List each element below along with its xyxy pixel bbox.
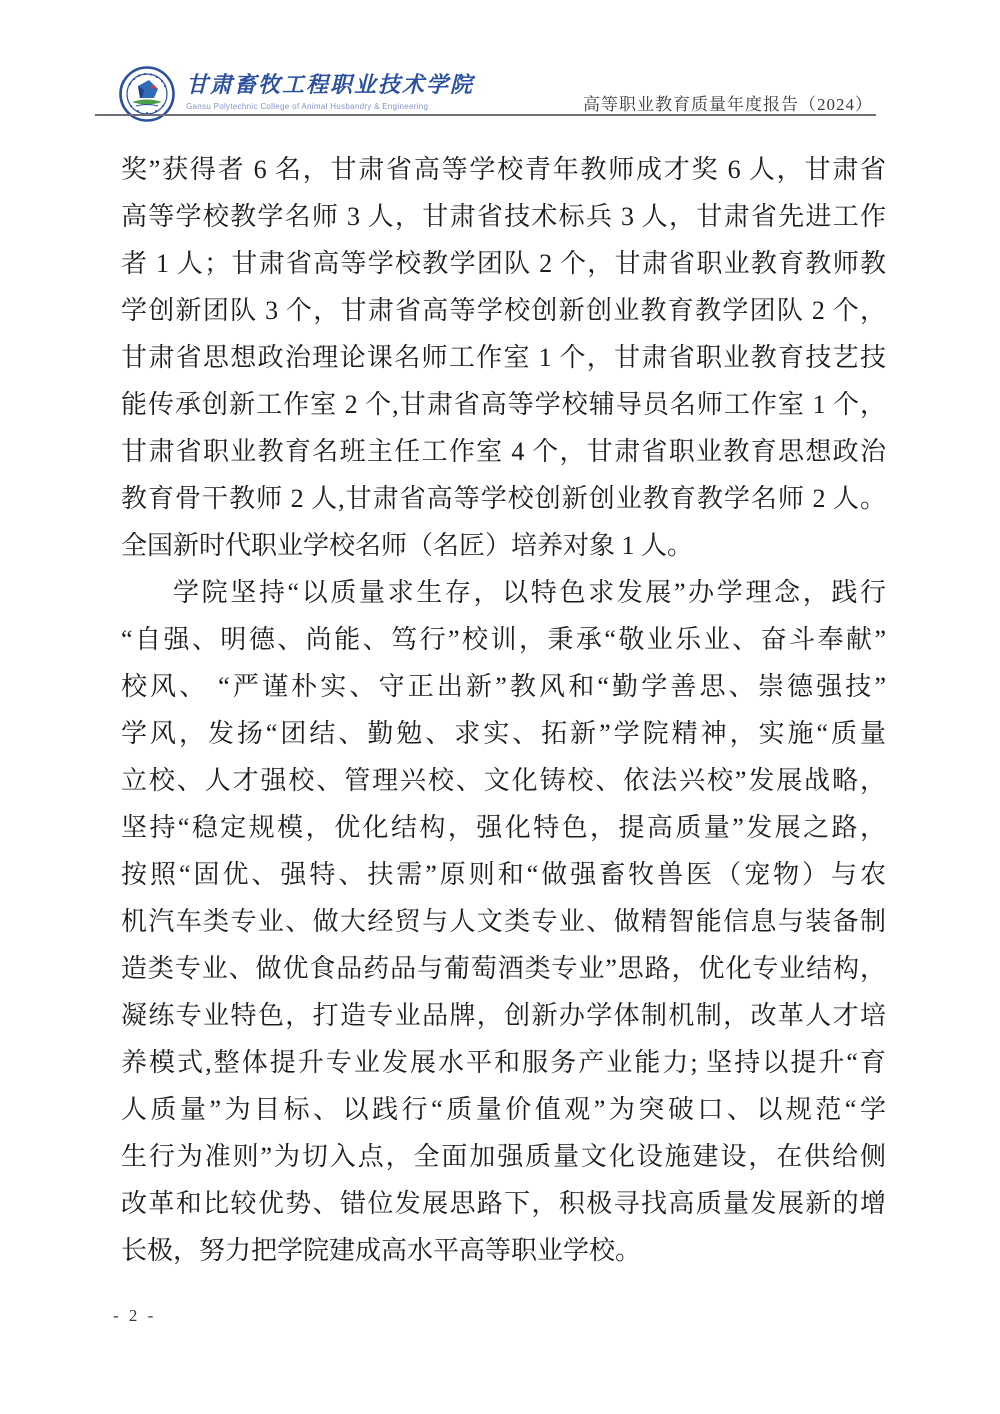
body-line: 生行为准则”为切入点，全面加强质量文化设施建设，在供给侧 [121, 1133, 886, 1180]
body-line: 长极，努力把学院建成高水平高等职业学校。 [121, 1227, 886, 1274]
school-name-block: 甘肃畜牧工程职业技术学院 Gansu Polytechnic College o… [186, 68, 606, 111]
body-line: 坚持“稳定规模，优化结构，强化特色，提高质量”发展之路， [121, 804, 886, 851]
school-name-zh: 甘肃畜牧工程职业技术学院 [186, 68, 606, 99]
page-number: - 2 - [113, 1306, 156, 1326]
school-name-en: Gansu Polytechnic College of Animal Husb… [186, 102, 606, 111]
body-line: 造类专业、做优食品药品与葡萄酒类专业”思路，优化专业结构， [121, 945, 886, 992]
body-line: 立校、人才强校、管理兴校、文化铸校、依法兴校”发展战略， [121, 757, 886, 804]
body-line: 学创新团队 3 个，甘肃省高等学校创新创业教育教学团队 2 个， [121, 287, 886, 334]
body-line: 养模式,整体提升专业发展水平和服务产业能力; 坚持以提升“育 [121, 1039, 886, 1086]
report-title: 高等职业教育质量年度报告（2024） [583, 90, 873, 115]
body-line: “自强、明德、尚能、笃行”校训，秉承“敬业乐业、奋斗奉献” [121, 616, 886, 663]
body-line: 奖”获得者 6 名，甘肃省高等学校青年教师成才奖 6 人，甘肃省 [121, 146, 886, 193]
document-page: 甘肃畜牧工程职业技术学院 Gansu Polytechnic College o… [0, 0, 1000, 1414]
header-divider [95, 114, 876, 116]
body-line: 者 1 人；甘肃省高等学校教学团队 2 个，甘肃省职业教育教师教 [121, 240, 886, 287]
body-line: 高等学校教学名师 3 人，甘肃省技术标兵 3 人，甘肃省先进工作 [121, 193, 886, 240]
body-line: 学院坚持“以质量求生存，以特色求发展”办学理念，践行 [121, 569, 886, 616]
page-header: 甘肃畜牧工程职业技术学院 Gansu Polytechnic College o… [0, 0, 1000, 140]
body-line: 教育骨干教师 2 人,甘肃省高等学校创新创业教育教学名师 2 人。 [121, 475, 886, 522]
body-line: 校风、 “严谨朴实、守正出新”教风和“勤学善思、崇德强技” [121, 663, 886, 710]
body-line: 全国新时代职业学校名师（名匠）培养对象 1 人。 [121, 522, 886, 569]
body-line: 改革和比较优势、错位发展思路下，积极寻找高质量发展新的增 [121, 1180, 886, 1227]
body-line: 按照“固优、强特、扶需”原则和“做强畜牧兽医（宠物）与农 [121, 851, 886, 898]
body-line: 能传承创新工作室 2 个,甘肃省高等学校辅导员名师工作室 1 个， [121, 381, 886, 428]
body-line: 甘肃省思想政治理论课名师工作室 1 个，甘肃省职业教育技艺技 [121, 334, 886, 381]
body-line: 学风，发扬“团结、勤勉、求实、拓新”学院精神，实施“质量 [121, 710, 886, 757]
body-line: 机汽车类专业、做大经贸与人文类专业、做精智能信息与装备制 [121, 898, 886, 945]
body-line: 人质量”为目标、以践行“质量价值观”为突破口、以规范“学 [121, 1086, 886, 1133]
document-body: 奖”获得者 6 名，甘肃省高等学校青年教师成才奖 6 人，甘肃省 高等学校教学名… [121, 146, 886, 1274]
body-line: 甘肃省职业教育名班主任工作室 4 个，甘肃省职业教育思想政治 [121, 428, 886, 475]
body-line: 凝练专业特色，打造专业品牌，创新办学体制机制，改革人才培 [121, 992, 886, 1039]
